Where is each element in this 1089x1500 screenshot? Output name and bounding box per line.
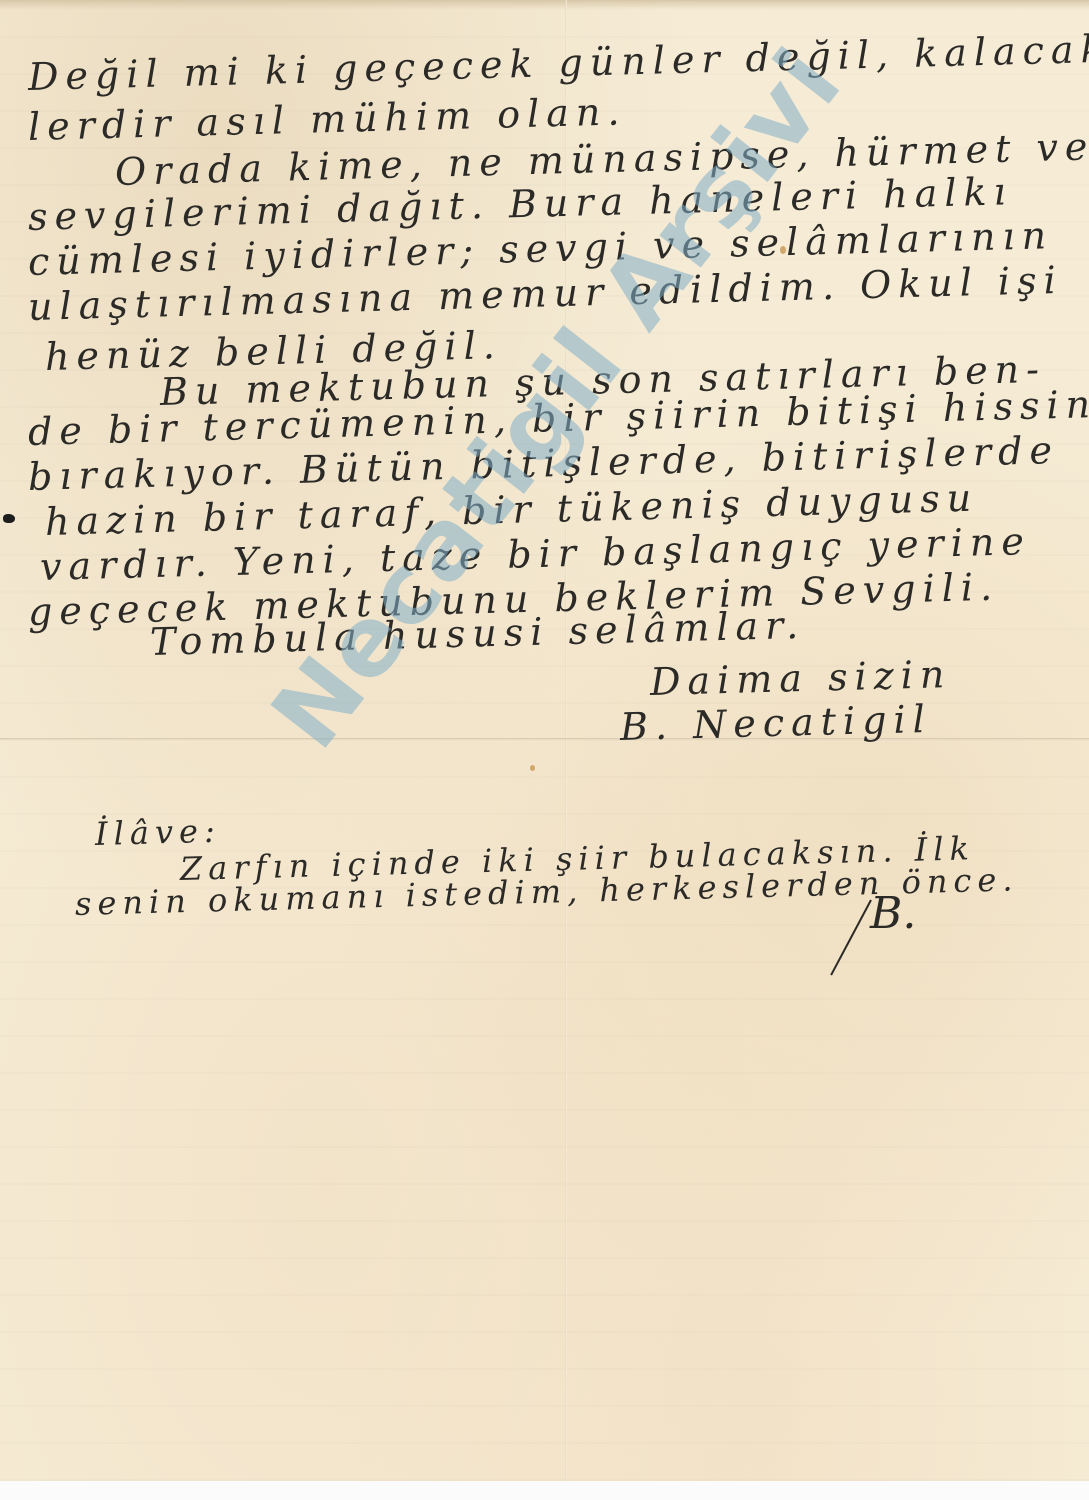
paper-stain bbox=[530, 765, 535, 771]
postscript-initial: B. bbox=[870, 888, 916, 939]
closing-text: Daima sizin bbox=[649, 652, 951, 704]
postscript-label: İlâve: bbox=[95, 812, 222, 853]
ink-blot bbox=[3, 514, 15, 523]
letter-paper: Değil mi ki geçecek günler değil, kalaca… bbox=[0, 0, 1089, 1481]
signature: B. Necatigil bbox=[619, 697, 932, 749]
